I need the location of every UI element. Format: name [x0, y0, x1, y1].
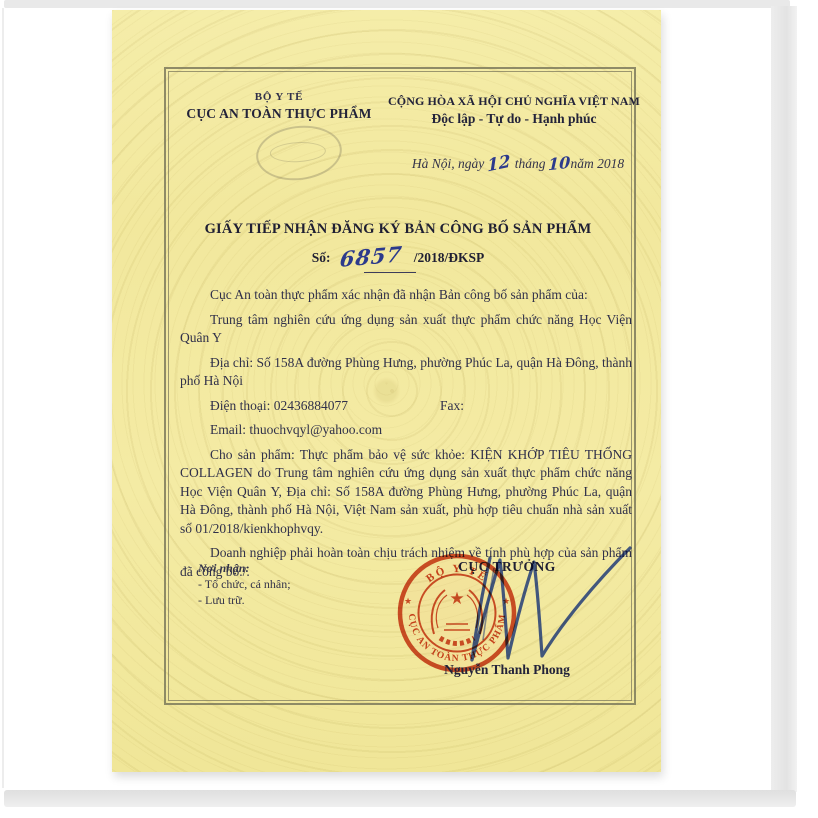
document-title-block: GIẤY TIẾP NHẬN ĐĂNG KÝ BẢN CÔNG BỐ SẢN P…: [172, 221, 624, 267]
document-body: Cục An toàn thực phẩm xác nhận đã nhận B…: [180, 286, 632, 581]
signer-name: Nguyễn Thanh Phong: [408, 662, 606, 678]
national-title: CỘNG HÒA XÃ HỘI CHỦ NGHĨA VIỆT NAM: [388, 93, 640, 109]
body-paragraph-confirmation: Cục An toàn thực phẩm xác nhận đã nhận B…: [180, 286, 632, 305]
dateline-month-label: tháng: [515, 156, 546, 171]
number-label: Số:: [312, 250, 331, 265]
document-number-line: Số: 6857 /2018/ĐKSP: [172, 242, 624, 267]
national-header-block: CỘNG HÒA XÃ HỘI CHỦ NGHĨA VIỆT NAM Độc l…: [388, 93, 640, 127]
document-paper: BỘ Y TẾ CỤC AN TOÀN THỰC PHẨM CỘNG HÒA X…: [112, 10, 661, 772]
photo-frame-right: [771, 6, 797, 792]
number-suffix: /2018/ĐKSP: [414, 250, 485, 265]
photo-frame-bottom: [4, 790, 796, 807]
signature-icon: [442, 538, 634, 680]
number-underline: [364, 272, 416, 273]
recipients-title: Nơi nhận:: [198, 560, 368, 576]
handwritten-month: 10: [548, 153, 571, 175]
fax-label: Fax:: [410, 397, 464, 416]
document-title: GIẤY TIẾP NHẬN ĐĂNG KÝ BẢN CÔNG BỐ SẢN P…: [172, 221, 624, 238]
phone-value: 02436884077: [274, 398, 348, 413]
email-label: Email:: [210, 422, 246, 437]
recipients-item: - Lưu trữ.: [198, 592, 368, 608]
phone-label: Điện thoại:: [210, 398, 270, 413]
photo-frame-top: [4, 0, 790, 8]
recipients-block: Nơi nhận: - Tổ chức, cá nhân; - Lưu trữ.: [198, 560, 368, 608]
dateline-prefix: Hà Nội, ngày: [412, 156, 484, 171]
body-paragraph-email: Email: thuochvqyl@yahoo.com: [180, 421, 632, 440]
body-paragraph-organization: Trung tâm nghiên cứu ứng dụng sản xuất t…: [180, 311, 632, 348]
photo-frame-left: [2, 8, 4, 788]
dateline-suffix: năm 2018: [570, 156, 624, 171]
agency-name: CỤC AN TOÀN THỰC PHẨM: [170, 106, 388, 121]
email-value: thuochvqyl@yahoo.com: [249, 422, 382, 437]
national-motto: Độc lập - Tự do - Hạnh phúc: [388, 111, 640, 127]
seal-side-star-icon: ★: [404, 596, 412, 606]
signature-ink: [442, 538, 634, 680]
issuing-agency-block: BỘ Y TẾ CỤC AN TOÀN THỰC PHẨM: [170, 90, 388, 121]
body-paragraph-phone-fax: Điện thoại: 02436884077Fax:: [180, 397, 632, 416]
recipients-item: - Tổ chức, cá nhân;: [198, 576, 368, 592]
body-paragraph-product: Cho sản phẩm: Thực phẩm bảo vệ sức khỏe:…: [180, 446, 632, 539]
body-paragraph-address: Địa chỉ: Số 158A đường Phùng Hưng, phườn…: [180, 354, 632, 391]
ministry-name: BỘ Y TẾ: [170, 90, 388, 105]
handwritten-day: 12: [487, 151, 511, 176]
dateline: Hà Nội, ngày 12 tháng 10 năm 2018: [395, 153, 641, 173]
